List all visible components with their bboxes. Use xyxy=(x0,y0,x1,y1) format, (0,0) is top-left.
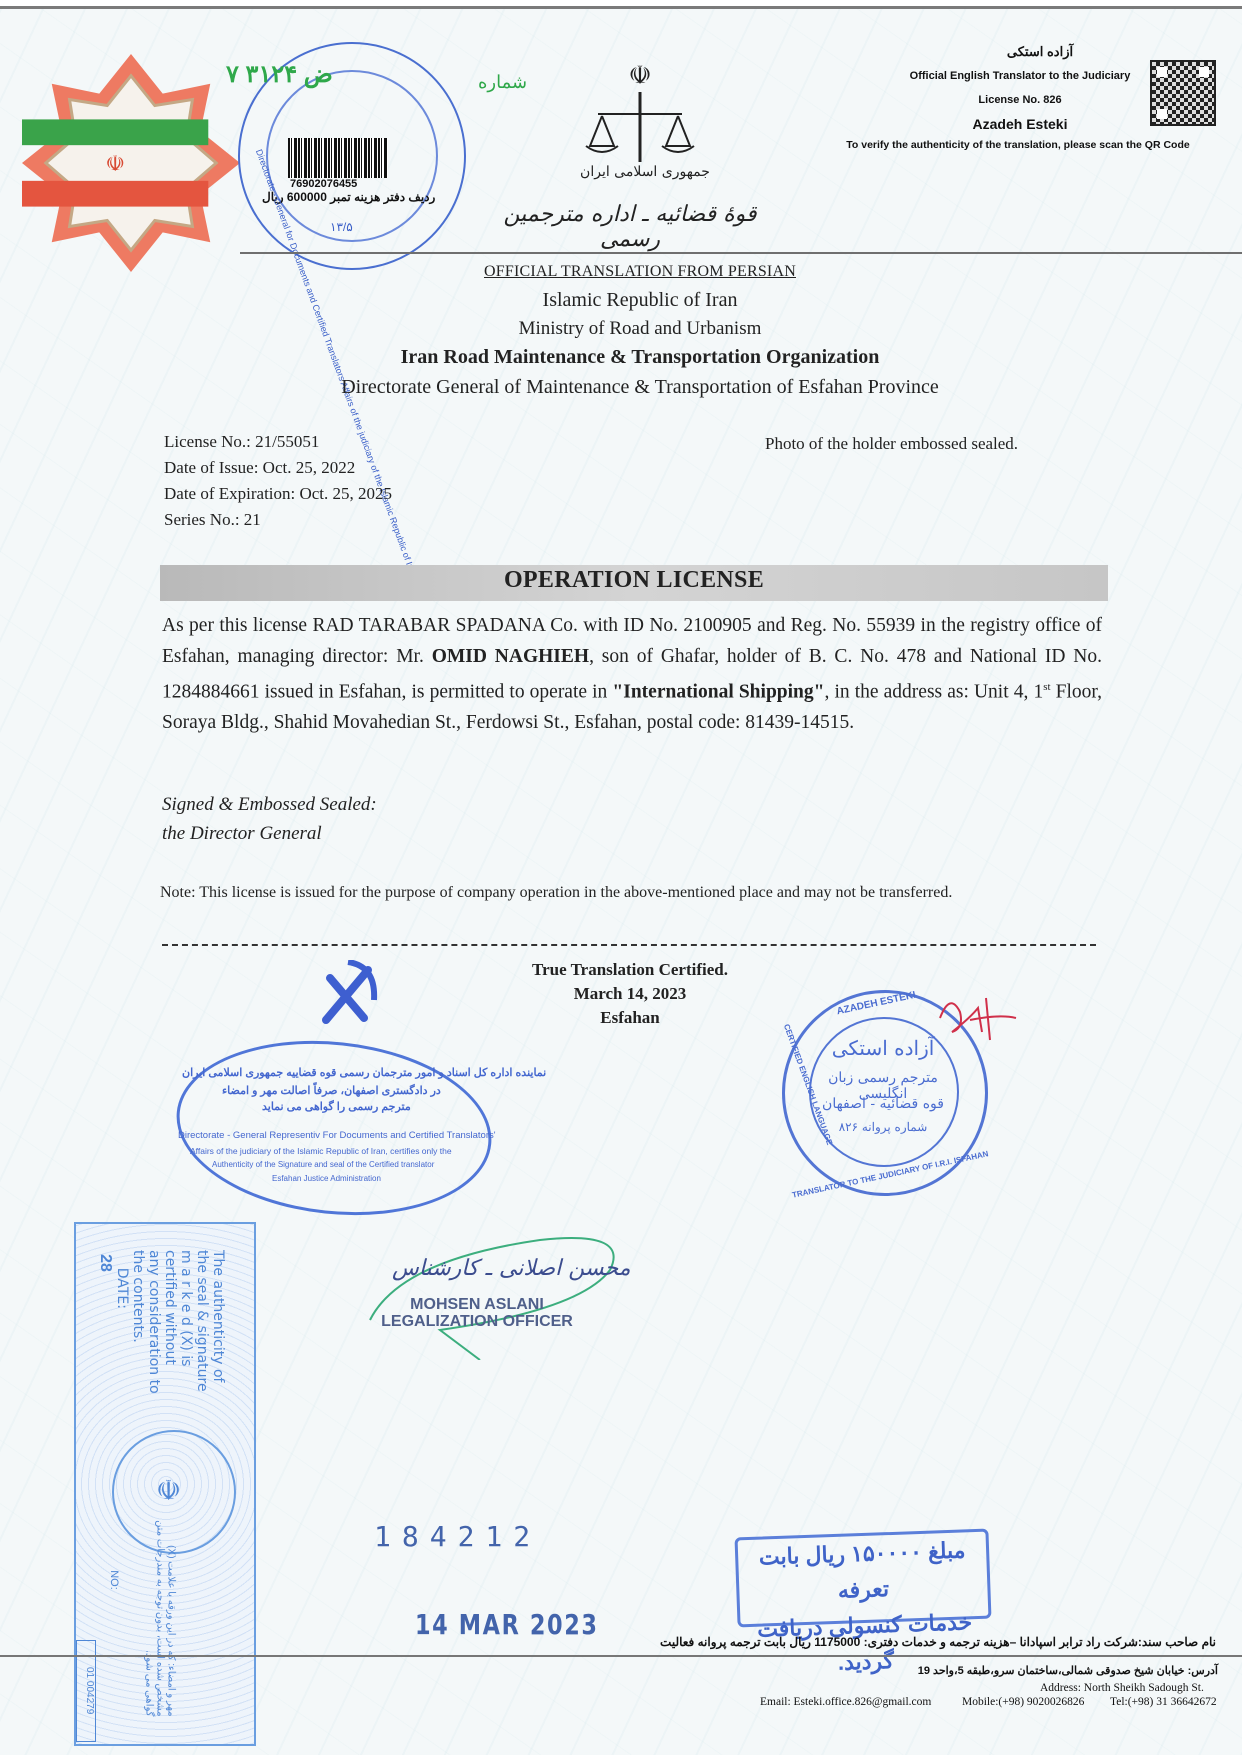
header-divider xyxy=(240,252,1242,254)
activity-type: "International Shipping" xyxy=(612,682,824,703)
svg-text:☫: ☫ xyxy=(628,61,651,91)
x-mark-icon xyxy=(318,960,378,1030)
heading-organization: Iran Road Maintenance & Transportation O… xyxy=(150,346,1130,369)
heading-directorate: Directorate General of Maintenance & Tra… xyxy=(150,376,1130,399)
footer-divider xyxy=(0,1655,1242,1657)
oval-fa-2: در دادگستری اصفهان، صرفاً اصالت مهر و ام… xyxy=(222,1084,441,1097)
seal-fa-license: شماره پروانه ۸۲۶ xyxy=(818,1120,948,1134)
seal-fa-org: قوه قضائیه - اصفهان xyxy=(818,1096,948,1112)
iran-flag-star-emblem: ☫ xyxy=(22,54,240,272)
barcode-icon xyxy=(288,138,388,178)
consular-fee-stamp: مبلغ ۱۵۰۰۰۰ ریال بابت تعرفهخدمات کنسولی … xyxy=(735,1529,992,1628)
stamp-fee-text: ردیف دفتر هزینه تمبر 600000 ریال xyxy=(262,190,435,204)
officer-signature-fa: محسن اصلانی ـ کارشناس xyxy=(392,1256,631,1281)
ministry-fa-text: مهر و امضاء: که در این ورقه با علامت (X)… xyxy=(144,1517,177,1717)
seal-fa-name: آزاده استکی xyxy=(818,1036,948,1060)
translator-signature xyxy=(930,988,1020,1048)
ministry-small-number: 28 xyxy=(96,1254,114,1272)
oval-en-3: Authenticity of the Signature and seal o… xyxy=(212,1160,434,1169)
officer-name: MOHSEN ASLANILEGALIZATION OFFICER xyxy=(372,1296,582,1330)
verify-note: To verify the authenticity of the transl… xyxy=(818,139,1218,151)
mobile: Mobile:(+98) 9020026826 xyxy=(962,1696,1084,1708)
oval-en-4: Esfahan Justice Administration xyxy=(272,1174,381,1183)
scales-of-justice-icon: ☫ xyxy=(580,58,700,168)
dashed-divider xyxy=(162,944,1096,946)
signed-block: Signed & Embossed Sealed:the Director Ge… xyxy=(162,790,377,848)
license-note: Note: This license is issued for the pur… xyxy=(160,882,1104,903)
payer-line: نام صاحب سند:شرکت راد ترابر اسپادانا –هز… xyxy=(706,1635,1216,1649)
iran-emblem-icon: ☫ xyxy=(156,1474,181,1507)
legalization-number: 184212 xyxy=(374,1520,541,1553)
date-of-issue: Date of Issue: Oct. 25, 2022 xyxy=(164,458,355,478)
oval-fa-1: نماینده اداره کل اسناد و امور مترجمان رس… xyxy=(182,1066,546,1079)
section-title: OPERATION LICENSE xyxy=(160,567,1108,594)
series-number: Series No.: 21 xyxy=(164,510,261,530)
photo-note: Photo of the holder embossed sealed. xyxy=(765,434,1018,454)
heading-ministry: Ministry of Road and Urbanism xyxy=(150,318,1130,340)
director-name: OMID NAGHIEH xyxy=(432,646,589,667)
license-number: License No.: 21/55051 xyxy=(164,432,319,452)
translator-name-persian: آزاده استکی xyxy=(960,44,1120,60)
qr-code-icon[interactable] xyxy=(1150,60,1216,126)
oval-fa-3: مترجم رسمی را گواهی می نماید xyxy=(262,1100,411,1113)
stamp-inner-code: ۱۳/۵ xyxy=(330,220,353,234)
certification-place: Esfahan xyxy=(470,1008,790,1028)
stamp-number-label: شماره xyxy=(478,72,527,93)
ministry-certification-text: The authenticity of the seal & signature… xyxy=(114,1250,226,1394)
ministry-no-label: NO: xyxy=(108,1570,120,1590)
telephone: Tel:(+98) 31 36642672 xyxy=(1110,1696,1217,1708)
legalization-date: 14 MAR 2023 xyxy=(415,1608,599,1641)
judiciary-caption-country: جمهوری اسلامی ایران xyxy=(570,164,720,180)
certification-date: March 14, 2023 xyxy=(470,984,790,1004)
oval-en-2: Affairs of the judiciary of the Islamic … xyxy=(190,1146,452,1156)
address-persian: آدرس: خیابان شیخ صدوقی شمالی،ساختمان سرو… xyxy=(860,1664,1218,1677)
license-body: As per this license RAD TARABAR SPADANA … xyxy=(162,611,1102,739)
translator-name: Azadeh Esteki xyxy=(930,116,1110,132)
oval-en-1: Directorate - General Representiv For Do… xyxy=(178,1130,496,1141)
judiciary-caption-office: قوهٔ قضائیه ـ اداره مترجمین رسمی xyxy=(500,202,760,252)
officer-signature-loop xyxy=(360,1220,630,1360)
address-english: Address: North Sheikh Sadough St. xyxy=(1040,1682,1204,1694)
barcode-number: 76902076455 xyxy=(290,178,357,190)
heading-country: Islamic Republic of Iran xyxy=(150,289,1130,312)
translator-role: Official English Translator to the Judic… xyxy=(895,70,1145,82)
official-translation-title: OFFICIAL TRANSLATION FROM PERSIAN xyxy=(150,263,1130,281)
translator-license: License No. 826 xyxy=(940,94,1100,106)
stamp-serial-number: ۷ ۳۱۲۴ ض xyxy=(226,60,333,89)
email[interactable]: Email: Esteki.office.826@gmail.com xyxy=(760,1696,931,1708)
certification-text: True Translation Certified. xyxy=(470,960,790,980)
date-of-expiration: Date of Expiration: Oct. 25, 2025 xyxy=(164,484,392,504)
svg-text:☫: ☫ xyxy=(105,152,125,177)
